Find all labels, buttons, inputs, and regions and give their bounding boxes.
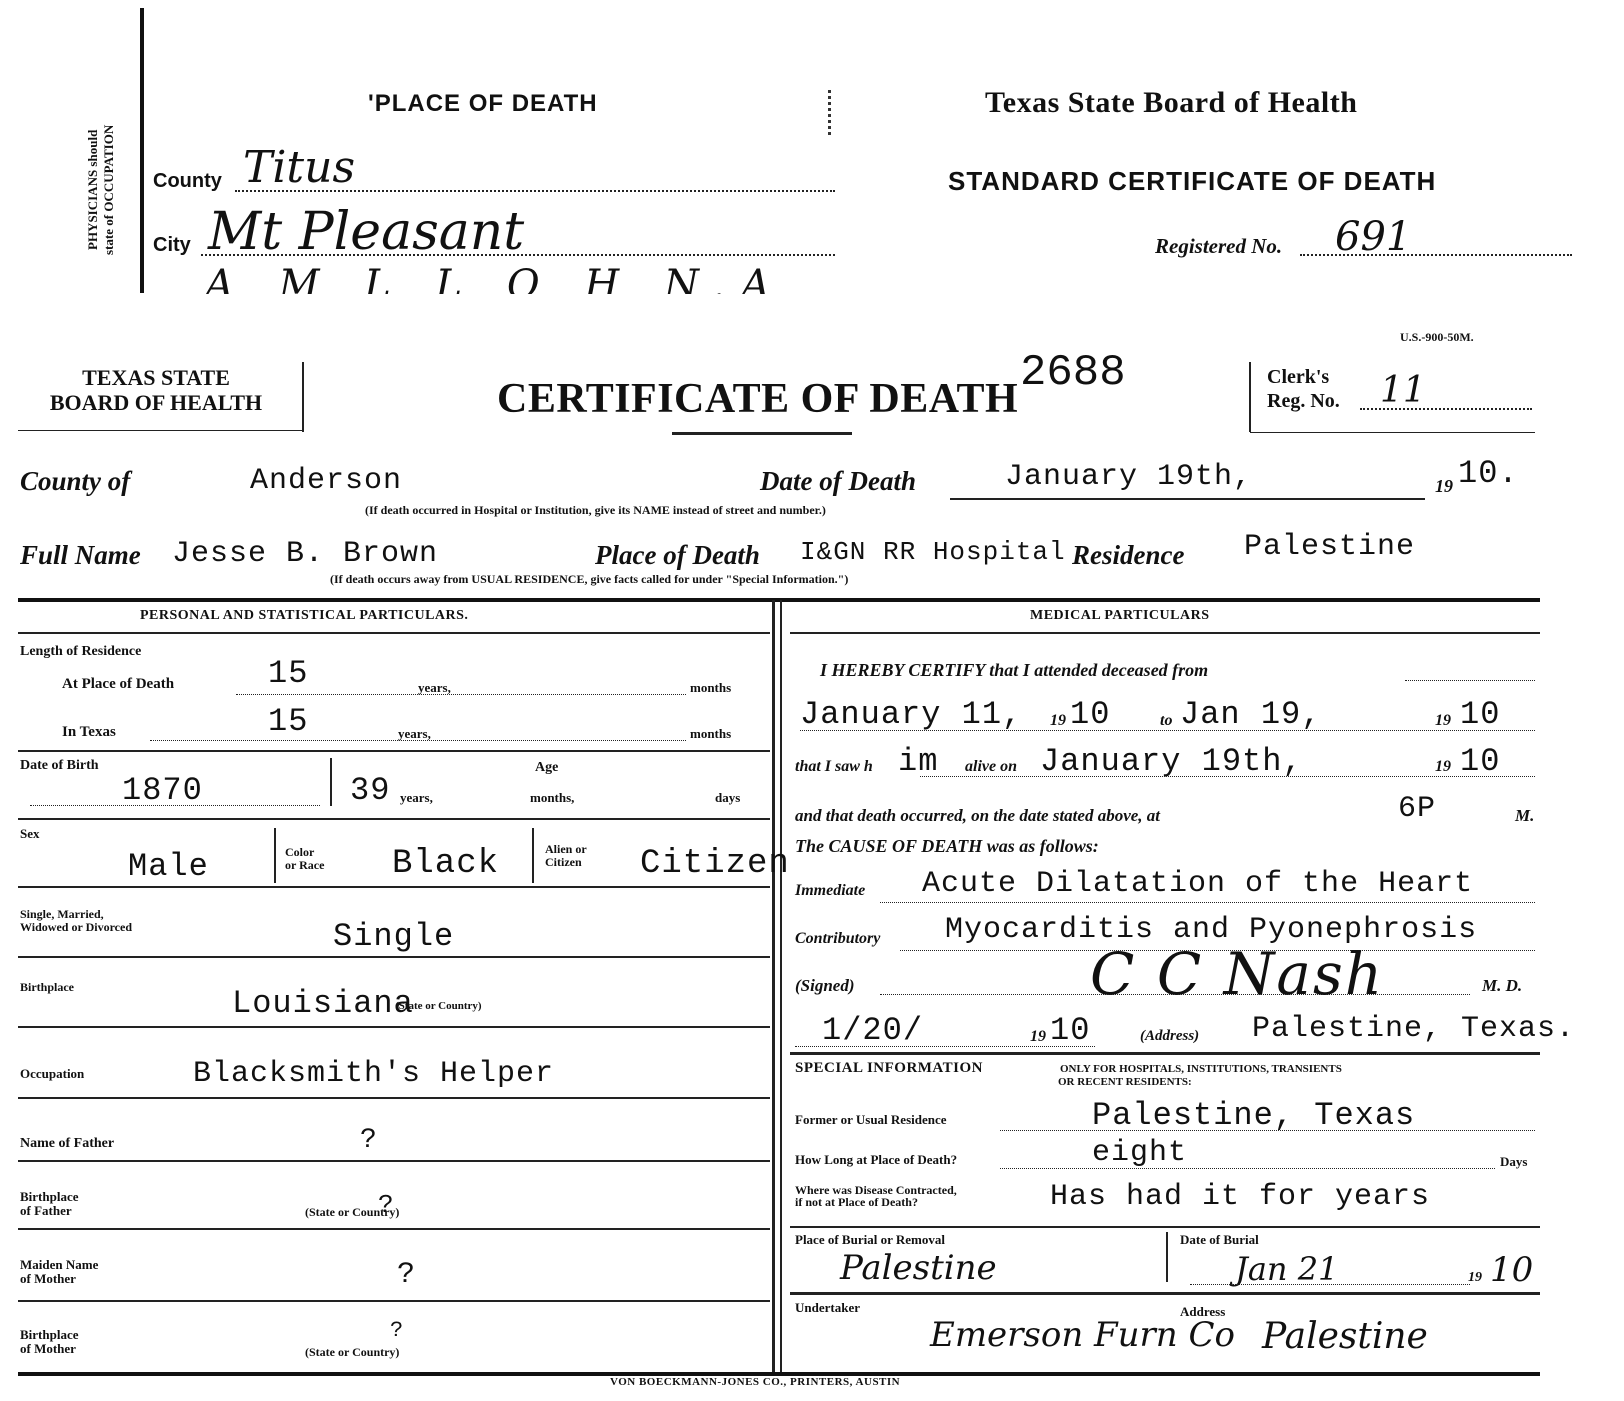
- county-of-value: Anderson: [250, 464, 402, 498]
- signed-year: 10: [1050, 1012, 1090, 1049]
- header-board-line1: TEXAS STATE: [20, 365, 292, 390]
- alien-label-line2: Citizen: [545, 856, 587, 869]
- stub-county-field: County Titus: [153, 168, 838, 198]
- stub-county-label: County: [153, 170, 222, 193]
- alive-date: January 19th,: [1040, 743, 1303, 780]
- death-time-label: and that death occurred, on the date sta…: [795, 806, 1160, 826]
- attended-to: Jan 19,: [1180, 696, 1321, 733]
- dob-label: Date of Birth: [20, 758, 99, 774]
- undertaker-top-rule: [790, 1292, 1540, 1295]
- stub-side-label-line2: state of OCCUPATION: [101, 85, 117, 295]
- main-column-divider-1: [772, 600, 775, 1375]
- mother-birthplace-label-line2: of Mother: [20, 1342, 79, 1356]
- full-name-value: Jesse B. Brown: [172, 537, 438, 571]
- special-heading-note-line2: OR RECENT RESIDENTS:: [1058, 1076, 1192, 1088]
- alien-label: Alien or Citizen: [545, 843, 587, 869]
- physician-signature: C C Nash: [1090, 940, 1384, 1008]
- stub-standard-title: STANDARD CERTIFICATE OF DEATH: [948, 166, 1436, 197]
- color-label-line2: or Race: [285, 859, 324, 872]
- rule-birthplace: [18, 956, 770, 958]
- county-of-label: County of: [20, 466, 130, 497]
- former-residence-value: Palestine, Texas: [1092, 1097, 1415, 1134]
- stub-side-label-line1: PHYSICIANS should: [85, 85, 101, 295]
- stub-extra-handwriting: A M L L O H N.A: [205, 262, 786, 294]
- place-of-death-value: I&GN RR Hospital: [800, 537, 1066, 567]
- stub-registered-value: 691: [1335, 214, 1411, 260]
- dob-age-divider: [330, 758, 332, 806]
- header-board-name: TEXAS STATE BOARD OF HEALTH: [20, 365, 292, 415]
- in-texas-label: In Texas: [62, 724, 116, 741]
- clerk-reg-label: Clerk's Reg. No.: [1267, 365, 1340, 413]
- attended-to-year-prefix: 19: [1435, 712, 1451, 730]
- marital-label: Single, Married, Widowed or Divorced: [20, 908, 132, 934]
- mother-birthplace-label-line1: Birthplace: [20, 1328, 79, 1342]
- birthplace-label: Birthplace: [20, 980, 74, 995]
- residence-label: Residence: [1072, 540, 1184, 571]
- occupation-label: Occupation: [20, 1066, 84, 1082]
- header-title: CERTIFICATE OF DEATH: [497, 375, 1018, 423]
- age-months-label: months,: [530, 790, 574, 806]
- mother-name-label: Maiden Name of Mother: [20, 1258, 98, 1286]
- marital-label-line2: Widowed or Divorced: [20, 921, 132, 934]
- where-contracted-label-line2: if not at Place of Death?: [795, 1196, 957, 1208]
- stub-board-title: Texas State Board of Health: [985, 86, 1357, 120]
- how-long-label: How Long at Place of Death?: [795, 1152, 957, 1168]
- stub-perforation: [828, 90, 834, 135]
- clerk-box-divider: [1249, 362, 1251, 432]
- father-birthplace-label-line1: Birthplace: [20, 1190, 79, 1204]
- father-name-value: ?: [360, 1125, 378, 1156]
- header-board-underline: [18, 430, 302, 431]
- immediate-value: Acute Dilatation of the Heart: [922, 867, 1473, 901]
- alive-dotted-line: [920, 776, 1535, 777]
- undertaker-label: Undertaker: [795, 1300, 860, 1316]
- header-board-divider: [302, 362, 304, 432]
- rule-occupation: [18, 1026, 770, 1028]
- date-of-death-year: 10.: [1458, 455, 1519, 492]
- clerk-reg-label-line1: Clerk's: [1267, 365, 1340, 389]
- date-of-death-label: Date of Death: [760, 466, 916, 497]
- length-of-residence-label: Length of Residence: [20, 644, 141, 660]
- sex-value: Male: [128, 848, 209, 885]
- at-place-label: At Place of Death: [62, 676, 174, 693]
- alive-label: alive on: [965, 758, 1017, 776]
- undertaker-address-label: Address: [1180, 1304, 1225, 1320]
- undertaker-address-value: Palestine: [1262, 1316, 1428, 1357]
- sex-label: Sex: [20, 826, 40, 842]
- mother-name-label-line1: Maiden Name: [20, 1258, 98, 1272]
- rule-father: [18, 1097, 770, 1099]
- burial-divider: [1166, 1232, 1168, 1282]
- certify-text: I HEREBY CERTIFY that I attended decease…: [820, 660, 1208, 681]
- rule-dob: [18, 750, 770, 752]
- alien-value: Citizen: [640, 845, 790, 883]
- date-of-death-value: January 19th,: [1005, 460, 1252, 494]
- father-birthplace-label-line2: of Father: [20, 1204, 79, 1218]
- header-title-underline: [672, 432, 852, 435]
- burial-place-value: Palestine: [840, 1248, 997, 1288]
- signed-date-dotted-line: [795, 1046, 1095, 1047]
- age-label: Age: [535, 760, 558, 776]
- stub-side-label: PHYSICIANS should state of OCCUPATION: [85, 85, 125, 295]
- former-residence-dotted-line: [1000, 1130, 1535, 1131]
- residence-note: (If death occurs away from USUAL RESIDEN…: [330, 572, 848, 587]
- color-value: Black: [392, 845, 499, 883]
- mother-birthplace-value: ?: [390, 1318, 404, 1343]
- clerk-reg-value: 11: [1380, 370, 1426, 411]
- former-residence-label: Former or Usual Residence: [795, 1112, 947, 1128]
- burial-date-label: Date of Burial: [1180, 1232, 1259, 1248]
- alive-year: 10: [1460, 743, 1500, 780]
- main-column-divider-2: [780, 600, 782, 1375]
- special-heading: SPECIAL INFORMATION: [795, 1060, 983, 1077]
- stub-border-line: [140, 8, 144, 293]
- rule-sex: [18, 818, 770, 820]
- saw-pronoun: im: [898, 743, 938, 780]
- burial-place-label: Place of Burial or Removal: [795, 1232, 945, 1248]
- main-top-rule: [18, 598, 1540, 602]
- clerk-box-underline: [1250, 432, 1535, 433]
- certificate-number: 2688: [1020, 348, 1126, 398]
- attended-to-year: 10: [1460, 696, 1500, 733]
- stub-registered-label: Registered No.: [1155, 234, 1282, 259]
- header-board-line2: BOARD OF HEALTH: [20, 390, 292, 415]
- death-time-value: 6P: [1398, 792, 1436, 826]
- death-time-suffix: M.: [1515, 806, 1534, 826]
- printer-imprint: VON BOECKMANN-JONES CO., PRINTERS, AUSTI…: [610, 1376, 900, 1388]
- birthplace-note: (State or Country): [395, 1000, 482, 1012]
- personal-heading-rule: [18, 632, 770, 634]
- at-place-months-label: months: [690, 680, 731, 696]
- burial-year-prefix: 19: [1468, 1270, 1482, 1286]
- where-contracted-value: Has had it for years: [1050, 1180, 1430, 1214]
- full-name-label: Full Name: [20, 540, 141, 571]
- address-value: Palestine, Texas.: [1252, 1012, 1575, 1046]
- where-contracted-label: Where was Disease Contracted, if not at …: [795, 1184, 957, 1208]
- attended-from-year: 10: [1070, 696, 1110, 733]
- clerk-reg-label-line2: Reg. No.: [1267, 389, 1340, 413]
- father-name-label: Name of Father: [20, 1136, 114, 1152]
- rule-marital: [18, 886, 770, 888]
- hospital-note: (If death occurred in Hospital or Instit…: [365, 503, 826, 518]
- sex-color-divider: [274, 828, 276, 883]
- at-place-years: 15: [268, 655, 308, 692]
- dob-value: 1870: [122, 772, 203, 809]
- certify-dotted-line: [1405, 680, 1535, 681]
- birthplace-value: Louisiana: [232, 985, 414, 1022]
- marital-value: Single: [333, 918, 454, 955]
- attended-from-year-prefix: 19: [1050, 712, 1066, 730]
- how-long-dotted-line: [1000, 1168, 1495, 1169]
- signed-label: (Signed): [795, 976, 855, 996]
- attended-dotted-line: [800, 730, 1535, 731]
- mother-birthplace-label: Birthplace of Mother: [20, 1328, 79, 1356]
- mother-birthplace-note: (State or Country): [305, 1345, 399, 1360]
- burial-date-dotted-line: [1190, 1284, 1470, 1285]
- age-years: 39: [350, 772, 390, 809]
- attended-from: January 11,: [800, 696, 1022, 733]
- stub-place-heading: 'PLACE OF DEATH: [368, 90, 598, 118]
- how-long-unit: Days: [1500, 1154, 1527, 1170]
- medical-heading-rule: [790, 632, 1540, 634]
- age-days-label: days: [715, 790, 740, 806]
- medical-heading: MEDICAL PARTICULARS: [1030, 608, 1210, 624]
- age-years-label: years,: [400, 790, 433, 806]
- how-long-value: eight: [1092, 1136, 1187, 1170]
- burial-date-value: Jan 21: [1235, 1250, 1338, 1288]
- date-of-death-year-prefix: 19: [1435, 476, 1453, 497]
- to-label: to: [1160, 712, 1172, 730]
- alive-year-prefix: 19: [1435, 758, 1451, 776]
- rule-mother-birthplace: [18, 1300, 770, 1302]
- color-label: Color or Race: [285, 846, 324, 872]
- md-label: M. D.: [1482, 976, 1522, 996]
- signed-date: 1/20/: [822, 1012, 923, 1049]
- personal-heading: PERSONAL AND STATISTICAL PARTICULARS.: [140, 608, 468, 624]
- father-birthplace-label: Birthplace of Father: [20, 1190, 79, 1218]
- in-texas-years: 15: [268, 703, 308, 740]
- signed-year-prefix: 19: [1030, 1028, 1046, 1046]
- contributory-label: Contributory: [795, 930, 880, 948]
- undertaker-value: Emerson Furn Co: [930, 1315, 1235, 1355]
- father-birthplace-note: (State or Country): [305, 1205, 399, 1220]
- address-label: (Address): [1140, 1028, 1199, 1045]
- immediate-label: Immediate: [795, 882, 865, 900]
- rule-mother: [18, 1228, 770, 1230]
- burial-year: 10: [1490, 1250, 1533, 1290]
- stub-county-value: Titus: [243, 142, 355, 193]
- saw-label: that I saw h: [795, 758, 873, 776]
- stub-city-label: City: [153, 234, 191, 257]
- immediate-dotted-line: [880, 902, 1535, 903]
- special-top-rule: [790, 1052, 1540, 1055]
- burial-top-rule: [790, 1226, 1540, 1228]
- in-texas-dotted-line: [150, 740, 686, 741]
- date-of-death-line: [950, 498, 1425, 500]
- occupation-value: Blacksmith's Helper: [193, 1057, 554, 1091]
- mother-name-value: ?: [397, 1258, 416, 1292]
- in-texas-months-label: months: [690, 726, 731, 742]
- special-heading-note-line1: ONLY FOR HOSPITALS, INSTITUTIONS, TRANSI…: [1060, 1063, 1342, 1075]
- stub-registered-field: Registered No. 691: [1155, 226, 1575, 260]
- rule-father-birthplace: [18, 1160, 770, 1162]
- form-code: U.S.-900-50M.: [1400, 330, 1474, 345]
- color-alien-divider: [532, 828, 534, 883]
- place-of-death-label: Place of Death: [595, 540, 760, 571]
- mother-name-label-line2: of Mother: [20, 1272, 98, 1286]
- stub-city-field: City Mt Pleasant: [153, 228, 838, 258]
- stub-city-value: Mt Pleasant: [208, 202, 524, 262]
- cause-label: The CAUSE OF DEATH was as follows:: [795, 836, 1099, 857]
- at-place-dotted-line: [236, 694, 686, 695]
- dob-dotted-line: [30, 805, 320, 806]
- residence-value: Palestine: [1244, 530, 1415, 564]
